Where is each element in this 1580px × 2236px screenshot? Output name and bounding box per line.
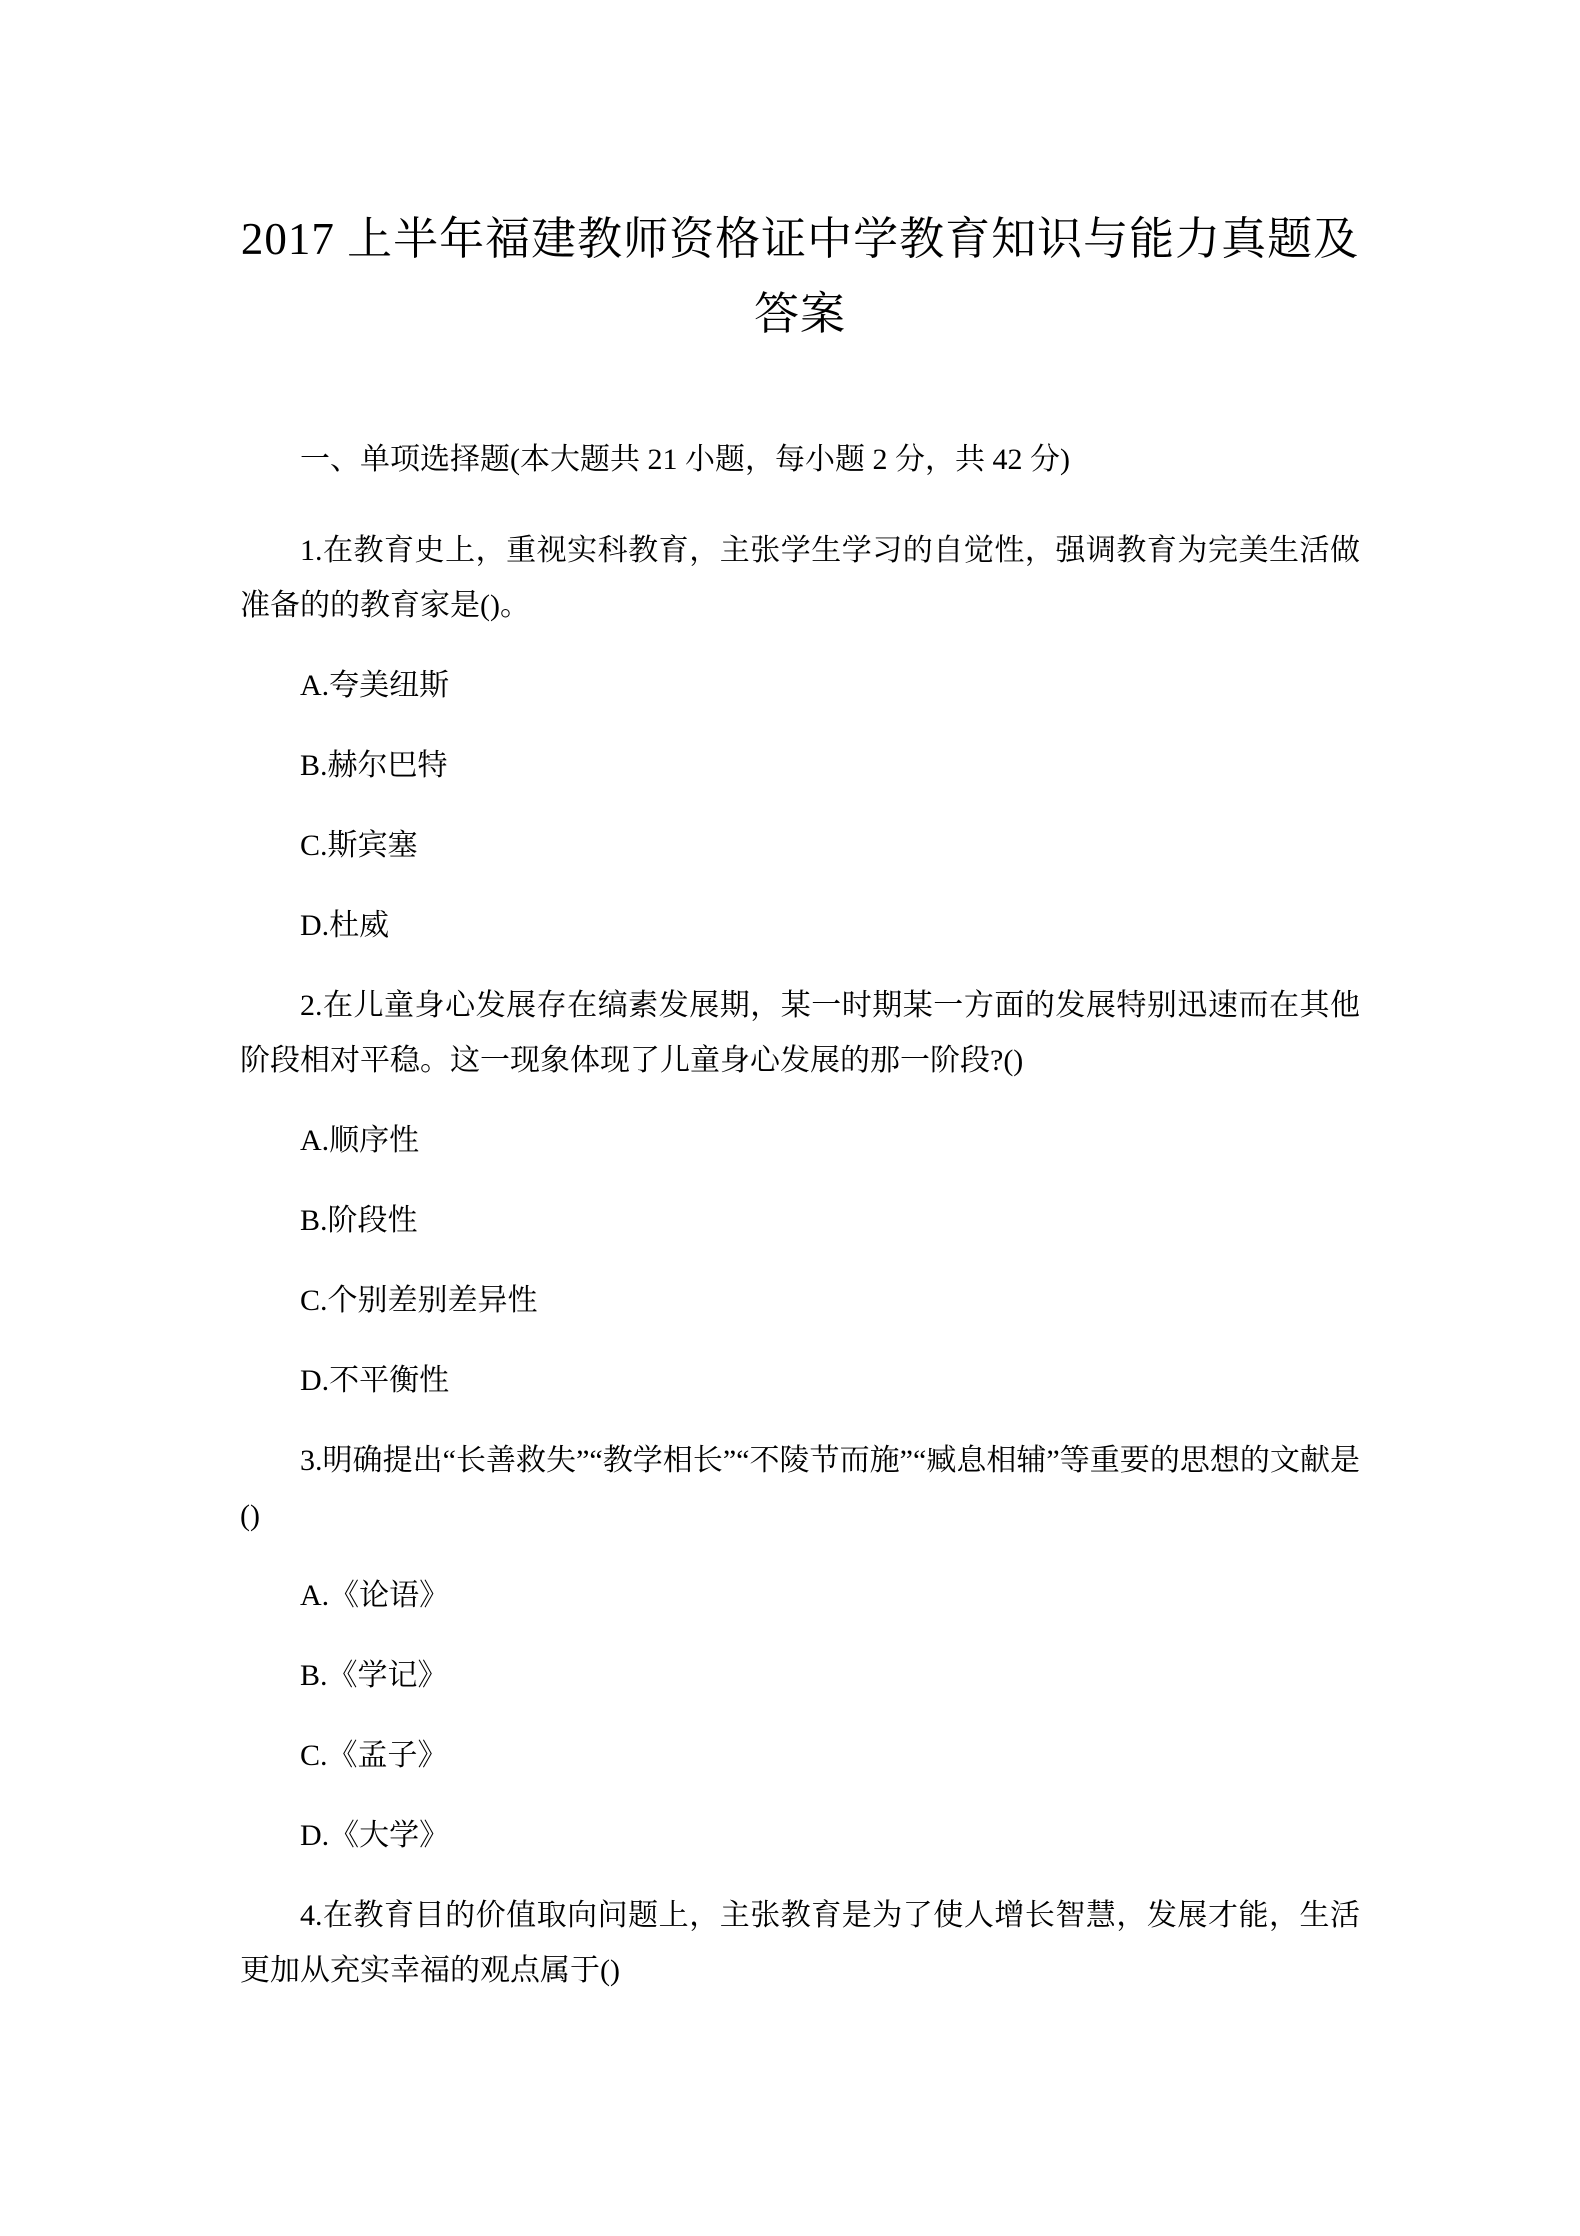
question-3-option-c: C.《孟子》	[240, 1728, 1360, 1783]
document-page: 2017 上半年福建教师资格证中学教育知识与能力真题及 答案 一、单项选择题(本…	[0, 0, 1580, 2236]
section-heading: 一、单项选择题(本大题共 21 小题，每小题 2 分，共 42 分)	[240, 432, 1360, 487]
question-3-stem: 3.明确提出“长善救失”“教学相长”“不陵节而施”“臧息相辅”等重要的思想的文献…	[240, 1433, 1360, 1543]
question-2-option-d: D.不平衡性	[240, 1353, 1360, 1408]
question-1-option-d: D.杜威	[240, 898, 1360, 953]
question-3-option-d: D.《大学》	[240, 1808, 1360, 1863]
title-line-1: 2017 上半年福建教师资格证中学教育知识与能力真题及	[240, 202, 1360, 277]
question-2-option-c: C.个别差别差异性	[240, 1273, 1360, 1328]
question-2-option-b: B.阶段性	[240, 1193, 1360, 1248]
question-3-option-a: A.《论语》	[240, 1568, 1360, 1623]
question-1-option-a: A.夸美纽斯	[240, 658, 1360, 713]
question-2-option-a: A.顺序性	[240, 1113, 1360, 1168]
question-1-stem: 1.在教育史上，重视实科教育，主张学生学习的自觉性，强调教育为完美生活做准备的的…	[240, 523, 1360, 633]
question-1-option-b: B.赫尔巴特	[240, 738, 1360, 793]
document-title: 2017 上半年福建教师资格证中学教育知识与能力真题及 答案	[240, 202, 1360, 352]
question-2-stem: 2.在儿童身心发展存在缟素发展期，某一时期某一方面的发展特别迅速而在其他阶段相对…	[240, 978, 1360, 1088]
title-line-2: 答案	[240, 277, 1360, 352]
question-1-option-c: C.斯宾塞	[240, 818, 1360, 873]
question-4-stem: 4.在教育目的价值取向问题上，主张教育是为了使人增长智慧，发展才能，生活更加从充…	[240, 1888, 1360, 1998]
question-3-option-b: B.《学记》	[240, 1648, 1360, 1703]
